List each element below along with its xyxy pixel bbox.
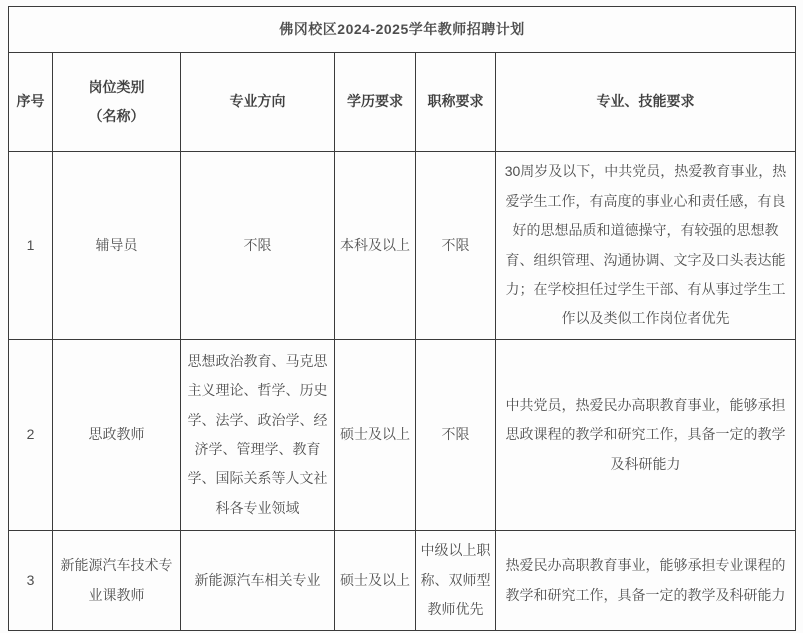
table-title: 佛冈校区2024-2025学年教师招聘计划: [9, 7, 796, 53]
cell-education: 本科及以上: [335, 152, 416, 340]
cell-title-req: 不限: [416, 152, 496, 340]
cell-education: 硕士及以上: [335, 531, 416, 631]
cell-major: 思想政治教育、马克思主义理论、哲学、历史学、法学、政治学、经济学、管理学、教育学…: [181, 340, 335, 531]
cell-skills: 中共党员，热爱民办高职教育事业，能够承担思政课程的教学和研究工作，具备一定的教学…: [496, 340, 796, 531]
cell-major: 新能源汽车相关专业: [181, 531, 335, 631]
table-row: 3 新能源汽车技术专业课教师 新能源汽车相关专业 硕士及以上 中级以上职称、双师…: [9, 531, 796, 631]
header-title-req: 职称要求: [416, 53, 496, 152]
cell-title-req: 不限: [416, 340, 496, 531]
cell-position: 辅导员: [53, 152, 181, 340]
cell-no: 3: [9, 531, 53, 631]
header-education: 学历要求: [335, 53, 416, 152]
header-skills: 专业、技能要求: [496, 53, 796, 152]
header-major: 专业方向: [181, 53, 335, 152]
recruitment-plan-table: 佛冈校区2024-2025学年教师招聘计划 序号 岗位类别 （名称） 专业方向 …: [8, 6, 796, 631]
table-title-row: 佛冈校区2024-2025学年教师招聘计划: [9, 7, 796, 53]
cell-skills: 热爱民办高职教育事业，能够承担专业课程的教学和研究工作，具备一定的教学及科研能力: [496, 531, 796, 631]
cell-position: 新能源汽车技术专业课教师: [53, 531, 181, 631]
table-header-row: 序号 岗位类别 （名称） 专业方向 学历要求 职称要求 专业、技能要求: [9, 53, 796, 152]
table-row: 2 思政教师 思想政治教育、马克思主义理论、哲学、历史学、法学、政治学、经济学、…: [9, 340, 796, 531]
cell-skills: 30周岁及以下，中共党员，热爱教育事业，热爱学生工作，有高度的事业心和责任感，有…: [496, 152, 796, 340]
cell-education: 硕士及以上: [335, 340, 416, 531]
header-no: 序号: [9, 53, 53, 152]
cell-title-req: 中级以上职称、双师型教师优先: [416, 531, 496, 631]
table-row: 1 辅导员 不限 本科及以上 不限 30周岁及以下，中共党员，热爱教育事业，热爱…: [9, 152, 796, 340]
cell-no: 1: [9, 152, 53, 340]
recruitment-plan-page: 佛冈校区2024-2025学年教师招聘计划 序号 岗位类别 （名称） 专业方向 …: [0, 0, 803, 633]
cell-no: 2: [9, 340, 53, 531]
header-position: 岗位类别 （名称）: [53, 53, 181, 152]
cell-major: 不限: [181, 152, 335, 340]
cell-position: 思政教师: [53, 340, 181, 531]
